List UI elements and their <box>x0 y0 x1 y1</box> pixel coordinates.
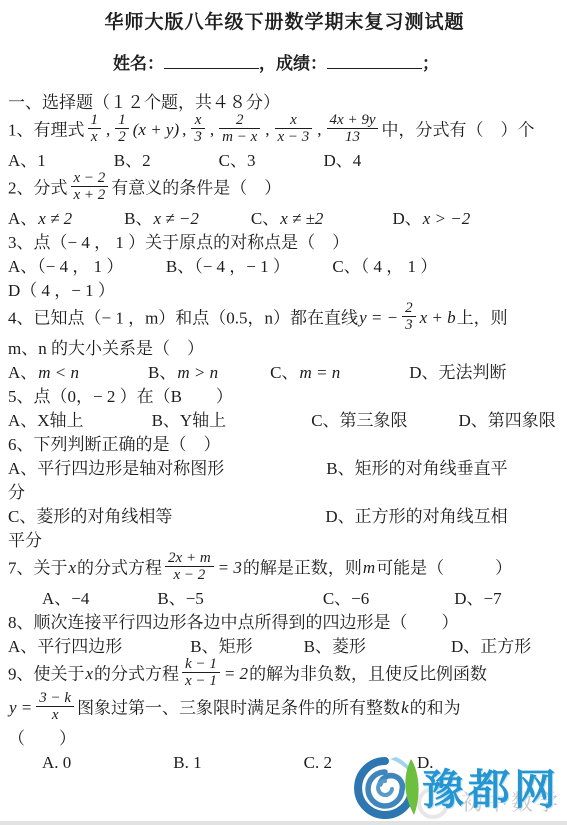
question-1-stem: 1、有理式1x,12(x + y),x3,2m − x,xx − 3,4x + … <box>8 115 561 148</box>
name-score-line: 姓名：，成绩：； <box>113 50 561 75</box>
name-blank <box>164 50 259 69</box>
spacer <box>200 209 251 228</box>
spacer <box>80 363 148 382</box>
spacer <box>324 209 392 228</box>
text-run: 的和为 <box>410 698 461 717</box>
math-text: x <box>68 558 78 577</box>
text-run: D、4 <box>323 151 361 170</box>
text-run: B、 <box>148 363 176 382</box>
math-text: m > n <box>176 363 219 382</box>
text-run: 的解为非负数，且使反比例函数 <box>249 664 487 683</box>
question-7-stem: 7、关于x的分式方程2x + mx − 2= 3的解是正数，则m可能是（ ） <box>8 553 561 586</box>
question-9-stem: 9、使关于x的分式方程k − 1x − 1= 2的解为非负数，且使反比例函数 <box>8 659 561 692</box>
text-run: C、菱形的对角线相等 <box>8 507 172 526</box>
text-run: 5、点（0，− 2 ）在（B ） <box>8 387 233 406</box>
text-run: C、3 <box>219 151 256 170</box>
spacer <box>73 209 124 228</box>
text-run: B、菱形 <box>304 637 366 656</box>
text-run: 上，则 <box>457 308 508 327</box>
text-run: C、第三象限 <box>311 411 407 430</box>
fraction: 3 − kx <box>36 690 74 723</box>
text-run: B、 <box>124 209 152 228</box>
question-4-stem: 4、已知点（− 1 ，m）和点（0.5，n）都在直线y = −23x + b上，… <box>8 303 561 336</box>
spacer <box>226 411 311 430</box>
math-text: x > −2 <box>422 209 472 228</box>
math-text: x ≠ 2 <box>37 209 73 228</box>
spacer <box>71 753 173 772</box>
question-3-stem: 3、点（− 4 ， 1 ）关于原点的对称点是（ ） <box>8 231 561 254</box>
spacer <box>369 589 454 608</box>
question-6-stem: 6、下列判断正确的是（ ） <box>8 433 561 456</box>
question-8-stem: 8、顺次连接平行四边形各边中点所得到的四边形是（ ） <box>8 611 561 634</box>
text-run: B. 1 <box>173 753 201 772</box>
text-run: , <box>208 120 216 139</box>
doc-title: 华师大版八年级下册数学期末复习测试题 <box>8 10 561 36</box>
math-text: m <box>362 558 376 577</box>
spacer <box>115 257 166 276</box>
text-run: D、 <box>392 209 421 228</box>
spacer <box>8 589 42 608</box>
text-run: 6、下列判断正确的是（ ） <box>8 435 221 454</box>
spacer <box>84 411 152 430</box>
question-4-options: A、m < n B、m > n C、m = n D、无法判断 <box>8 361 561 384</box>
spacer <box>204 589 323 608</box>
watermark-site-name: 豫都网 <box>422 767 560 813</box>
text-run: B、Y轴上 <box>152 411 227 430</box>
question-2-stem: 2、分式x − 2x + 2有意义的条件是（ ） <box>8 173 561 206</box>
math-text: = 2 <box>223 664 249 683</box>
text-run: 的分式方程 <box>94 664 179 683</box>
text-run: C、（ 4 ， 1 ） <box>332 257 437 276</box>
text-run: , <box>104 120 112 139</box>
math-text: k <box>400 698 410 717</box>
text-run: B、矩形 <box>190 637 252 656</box>
text-run: , <box>180 120 188 139</box>
text-run: ； <box>422 54 439 73</box>
text-run: 9、使关于 <box>8 664 85 683</box>
question-6-options-ab-wrap: 分 <box>8 481 561 504</box>
question-6-options-cd-wrap: 平分 <box>8 529 561 552</box>
text-run: D、无法判断 <box>409 363 506 382</box>
question-8-options: A、平行四边形 B、矩形 B、菱形 D、正方形 <box>8 635 561 658</box>
spacer <box>281 257 332 276</box>
fraction: x3 <box>191 112 205 145</box>
text-run: m、n 的大小关系是（ ） <box>8 339 204 358</box>
text-run: 中，分式有（ ）个 <box>381 120 534 139</box>
text-run: A、X轴上 <box>8 411 84 430</box>
text-run: A、平行四边形 <box>8 637 122 656</box>
math-text: x + b <box>419 308 457 327</box>
text-run: 的分式方程 <box>77 558 162 577</box>
text-run: A、平行四边形是轴对称图形 <box>8 459 224 478</box>
question-6-options-cd: C、菱形的对角线相等 D、正方形的对角线互相 <box>8 505 561 528</box>
text-run: 1、有理式 <box>8 120 85 139</box>
exam-page: 华师大版八年级下册数学期末复习测试题 姓名：，成绩：； 一、选择题（１２个题，共… <box>0 0 567 774</box>
math-text: m = n <box>298 363 341 382</box>
text-run: 8、顺次连接平行四边形各边中点所得到的四边形是（ ） <box>8 613 459 632</box>
text-run: , <box>263 120 271 139</box>
fraction: 12 <box>115 112 129 145</box>
spacer <box>122 637 190 656</box>
math-text: y = − <box>358 308 399 327</box>
text-run: C、 <box>270 363 298 382</box>
text-run: D、正方形 <box>451 637 531 656</box>
text-run: C、 <box>251 209 279 228</box>
fraction: 1x <box>88 112 102 145</box>
math-text: = 3 <box>217 558 243 577</box>
text-run: 3、点（− 4 ， 1 ）关于原点的对称点是（ ） <box>8 233 349 252</box>
text-run: D、−7 <box>454 589 501 608</box>
text-run: A、 <box>8 363 37 382</box>
text-run: 有意义的条件是（ ） <box>111 178 281 197</box>
fraction: 2m − x <box>219 112 260 145</box>
fraction: 23 <box>402 300 416 333</box>
text-run: A、−4 <box>42 589 89 608</box>
text-run: , <box>315 120 323 139</box>
text-run: 华师大版八年级下册数学期末复习测试题 <box>104 12 464 33</box>
question-6-options-ab: A、平行四边形是轴对称图形 B、矩形的对角线垂直平 <box>8 457 561 480</box>
text-run: 一、选择题（１２个题，共４８分） <box>8 93 280 112</box>
text-run: D、正方形的对角线互相 <box>325 507 507 526</box>
question-1-options: A、1 B、2 C、3 D、4 <box>8 149 561 172</box>
score-blank <box>327 50 422 69</box>
text-run: 的解是正数，则 <box>243 558 362 577</box>
text-run: B、2 <box>114 151 151 170</box>
spacer <box>366 637 451 656</box>
spacer <box>172 507 325 526</box>
question-5-options: A、X轴上 B、Y轴上 C、第三象限 D、第四象限 <box>8 409 561 432</box>
fraction: k − 1x − 1 <box>182 656 220 689</box>
text-run: （ ） <box>8 729 76 748</box>
text-run: 分 <box>8 483 25 502</box>
text-run: B、（− 4 ，− 1 ） <box>166 257 282 276</box>
fraction: 4x + 9y13 <box>327 112 379 145</box>
text-run: 姓名： <box>113 54 164 73</box>
yudu-swirl-logo-icon <box>352 753 420 823</box>
text-run: B、−5 <box>157 589 203 608</box>
text-run: A、1 <box>8 151 46 170</box>
question-9-stem-continued: y =3 − kx图象过第一、三象限时满足条件的所有整数k的和为 <box>8 693 561 726</box>
text-run: A、 <box>8 209 37 228</box>
spacer <box>89 589 157 608</box>
math-text: y = <box>8 698 33 717</box>
section-heading: 一、选择题（１２个题，共４８分） <box>8 91 561 114</box>
question-9-answer-paren: （ ） <box>8 727 561 750</box>
fraction: xx − 3 <box>275 112 313 145</box>
math-text: (x + y) <box>132 120 180 139</box>
fraction: 2x + mx − 2 <box>165 550 214 583</box>
spacer <box>253 637 304 656</box>
question-5-stem: 5、点（0，− 2 ）在（B ） <box>8 385 561 408</box>
spacer <box>255 151 323 170</box>
spacer <box>219 363 270 382</box>
spacer <box>8 753 42 772</box>
text-run: B、矩形的对角线垂直平 <box>326 459 507 478</box>
text-run: D、第四象限 <box>459 411 556 430</box>
spacer <box>202 753 304 772</box>
math-text: x ≠ ±2 <box>279 209 324 228</box>
watermark: 初中数学 豫都网 <box>352 751 567 823</box>
spacer <box>408 411 459 430</box>
text-run: 图象过第一、三象限时满足条件的所有整数 <box>77 698 400 717</box>
text-run: ，成绩： <box>259 54 327 73</box>
fraction: x − 2x + 2 <box>71 170 109 203</box>
question-4-stem-continued: m、n 的大小关系是（ ） <box>8 337 561 360</box>
text-run: D（ 4 ，− 1 ） <box>8 281 115 300</box>
question-7-options: A、−4 B、−5 C、−6 D、−7 <box>8 587 561 610</box>
spacer <box>46 151 114 170</box>
text-run: C、−6 <box>323 589 369 608</box>
text-run: 7、关于 <box>8 558 68 577</box>
text-run: 平分 <box>8 531 42 550</box>
text-run: 2、分式 <box>8 178 68 197</box>
spacer <box>151 151 219 170</box>
math-text: m < n <box>37 363 80 382</box>
text-run: 4、已知点（− 1 ，m）和点（0.5，n）都在直线 <box>8 308 358 327</box>
math-text: x <box>85 664 95 683</box>
question-3-option-d: D（ 4 ，− 1 ） <box>8 279 561 302</box>
question-2-options: A、x ≠ 2 B、x ≠ −2 C、x ≠ ±2 D、x > −2 <box>8 207 561 230</box>
text-run: A、（− 4 ， 1 ） <box>8 257 115 276</box>
text-run: 可能是（ ） <box>376 558 512 577</box>
spacer <box>341 363 409 382</box>
question-3-options-abc: A、（− 4 ， 1 ） B、（− 4 ，− 1 ） C、（ 4 ， 1 ） <box>8 255 561 278</box>
text-run: A. 0 <box>42 753 71 772</box>
math-text: x ≠ −2 <box>153 209 200 228</box>
text-run: C. 2 <box>304 753 332 772</box>
spacer <box>224 459 326 478</box>
